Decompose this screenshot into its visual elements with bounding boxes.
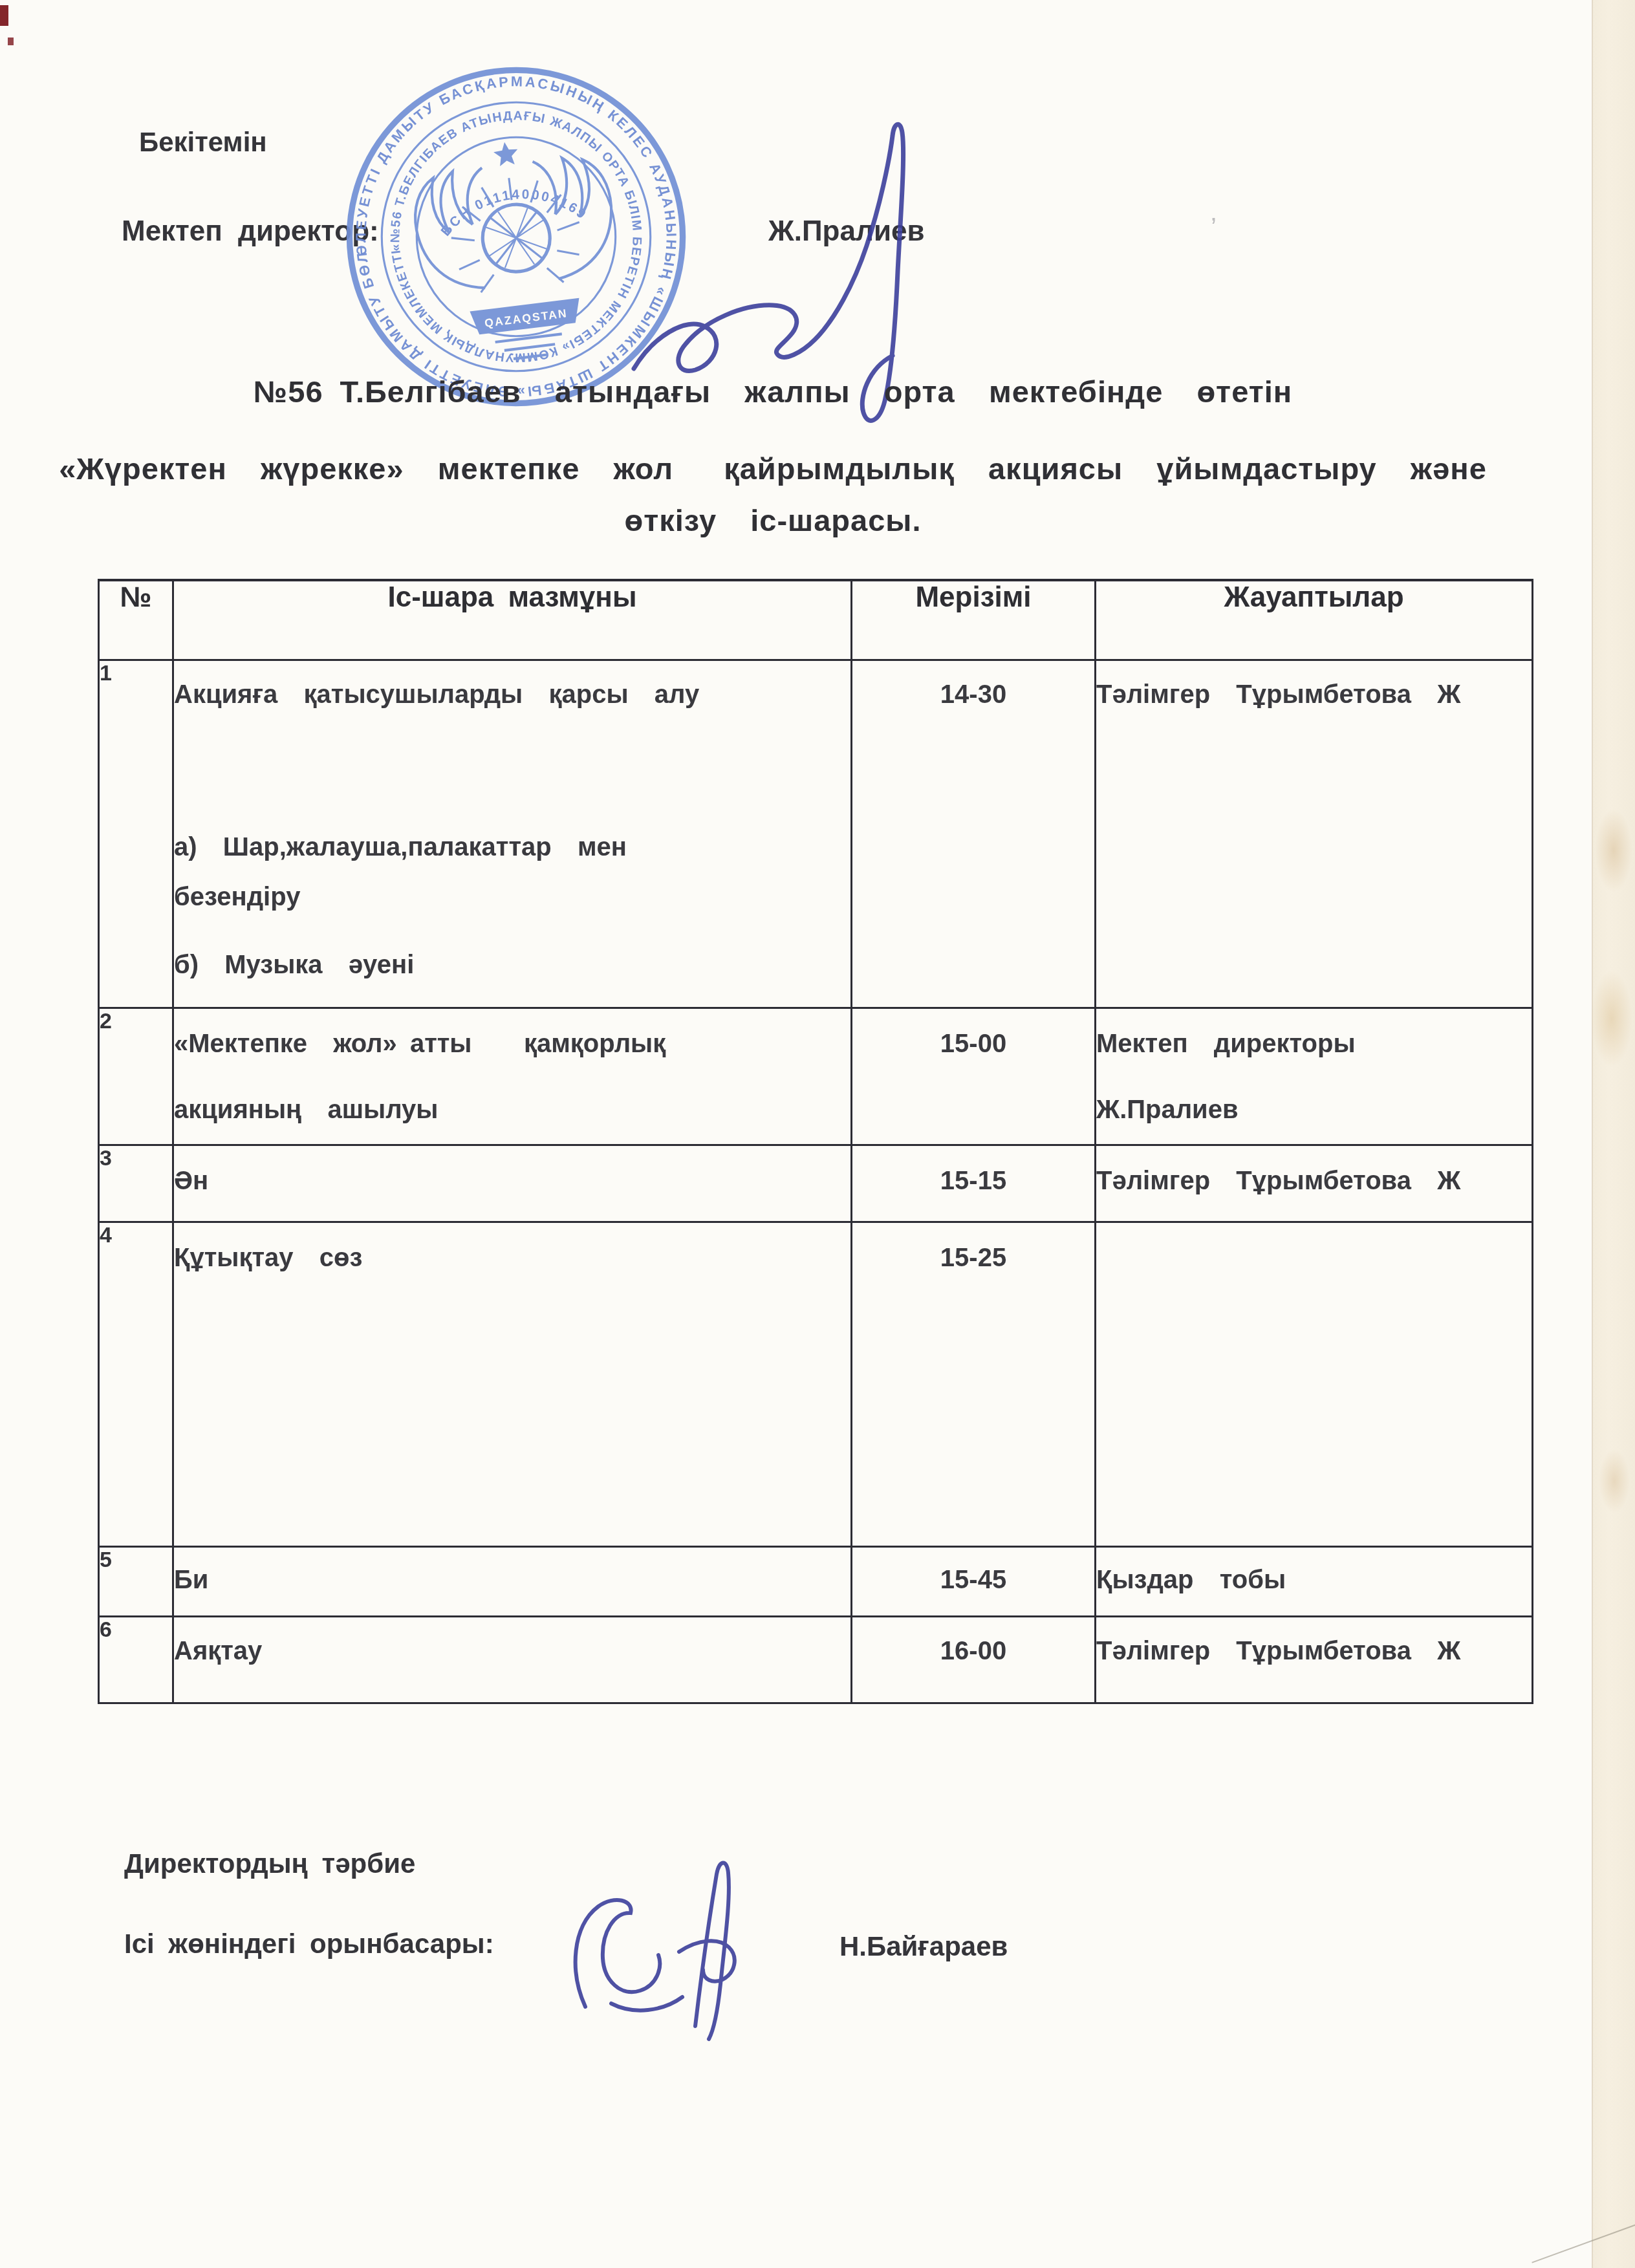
- row-number: 4: [99, 1222, 173, 1546]
- event-content: б) Музыка әуені: [174, 949, 850, 980]
- scan-edge-strip: [1592, 0, 1635, 2268]
- event-content: Құтықтау сөз: [174, 1223, 850, 1273]
- stamp-wings: [410, 153, 620, 295]
- paper-stain: [1591, 970, 1632, 1067]
- table-row: 2 «Мектепке жол» атты қамқорлық акцияның…: [99, 1008, 1533, 1145]
- event-responsible: Мектеп директоры: [1096, 1009, 1532, 1059]
- table-row: 6 Аяқтау 16-00 Тәлімгер Тұрымбетова Ж: [99, 1616, 1533, 1703]
- row-number: 2: [99, 1008, 173, 1145]
- paper-stain: [1595, 808, 1632, 892]
- event-time: 15-00: [852, 1009, 1094, 1059]
- col-header-responsible: Жауаптылар: [1096, 580, 1533, 660]
- table-row: 3 Ән 15-15 Тәлімгер Тұрымбетова Ж: [99, 1145, 1533, 1222]
- event-responsible: [1096, 1223, 1532, 1242]
- scan-edge-line: [1592, 0, 1593, 2268]
- row-number: 5: [99, 1546, 173, 1616]
- event-content: акцияның ашылуы: [174, 1094, 850, 1125]
- table-header-row: № Іс-шара мазмұны Мерізімі Жауаптылар: [99, 580, 1533, 660]
- row-number: 1: [99, 660, 173, 1008]
- row-number: 6: [99, 1616, 173, 1703]
- approve-label: Бекітемін: [139, 127, 267, 158]
- table-row: 4 Құтықтау сөз 15-25: [99, 1222, 1533, 1546]
- deputy-signature: [550, 1842, 783, 2062]
- event-time: 15-45: [852, 1548, 1094, 1595]
- event-content: Би: [174, 1548, 850, 1595]
- title-line-1: №56 Т.Белгібаев атындағы жалпы орта мект…: [0, 374, 1546, 409]
- event-content: Ән: [174, 1146, 850, 1196]
- stamp-star-icon: [492, 140, 519, 167]
- event-responsible: Тәлімгер Тұрымбетова Ж: [1096, 1617, 1532, 1667]
- event-content: безендіру: [174, 881, 850, 913]
- deputy-title-line-2: Ісі жөніндегі орынбасары:: [124, 1928, 494, 1960]
- col-header-content: Іс-шара мазмұны: [173, 580, 852, 660]
- event-time: 15-25: [852, 1223, 1094, 1273]
- title-line-3: өткізу іс-шарасы.: [0, 502, 1546, 538]
- scanned-document-page: Бекітемін Мектеп директор: Ж.Пралиев ’ Ә…: [0, 0, 1635, 2268]
- event-content: Аяқтау: [174, 1617, 850, 1667]
- table-row: 5 Би 15-45 Қыздар тобы: [99, 1546, 1533, 1616]
- table-row: 1 Акцияға қатысушыларды қарсы алу а) Шар…: [99, 660, 1533, 1008]
- row-number: 3: [99, 1145, 173, 1222]
- event-content: «Мектепке жол» атты қамқорлық: [174, 1009, 850, 1059]
- event-plan-table: № Іс-шара мазмұны Мерізімі Жауаптылар 1 …: [98, 579, 1533, 1704]
- event-time: 16-00: [852, 1617, 1094, 1667]
- scan-corner-mark: [0, 5, 8, 26]
- paper-stain: [1599, 1449, 1630, 1513]
- event-responsible: Қыздар тобы: [1096, 1548, 1532, 1595]
- col-header-time: Мерізімі: [852, 580, 1096, 660]
- stamp-shanyrak: [479, 200, 554, 275]
- event-responsible: Тәлімгер Тұрымбетова Ж: [1096, 1146, 1532, 1196]
- director-label: Мектеп директор:: [122, 215, 379, 248]
- deputy-name: Н.Байғараев: [839, 1931, 1008, 1962]
- title-line-2: «Жүректен жүрекке» мектепке жол қайрымды…: [0, 451, 1546, 486]
- event-time: 15-15: [852, 1146, 1094, 1196]
- event-responsible: Ж.Пралиев: [1096, 1094, 1532, 1125]
- event-content: Акцияға қатысушыларды қарсы алу: [174, 661, 850, 710]
- scan-speck: ’: [1211, 213, 1217, 243]
- scan-corner-mark: [8, 38, 14, 45]
- event-time: 14-30: [852, 661, 1094, 710]
- event-content: а) Шар,жалауша,палакаттар мен: [174, 832, 850, 863]
- deputy-title-line-1: Директордың тәрбие: [124, 1848, 415, 1879]
- col-header-num: №: [99, 580, 173, 660]
- event-responsible: Тәлімгер Тұрымбетова Ж: [1096, 661, 1532, 710]
